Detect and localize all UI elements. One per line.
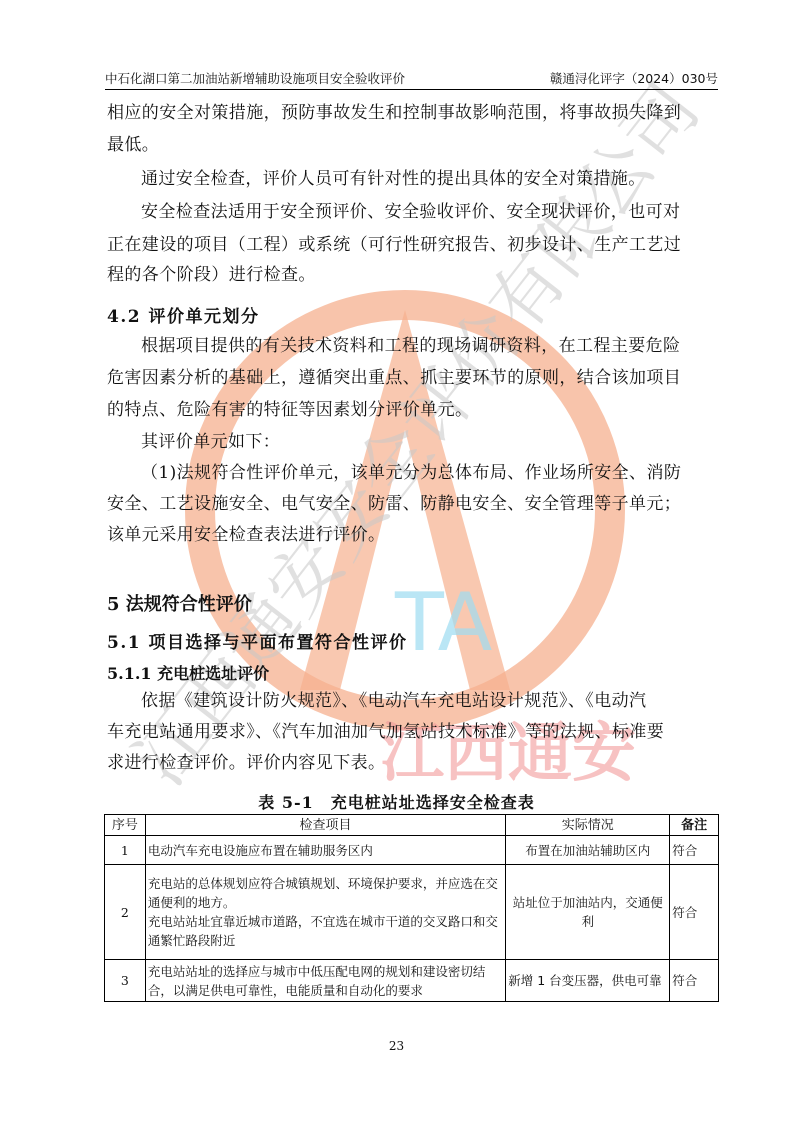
cell-item: 充电站的总体规划应符合城镇规划、环境保护要求，并应选在交通便利的地方。 充电站站…	[145, 865, 505, 960]
paragraph-line: 根据项目提供的有关技术资料和工程的现场调研资料，在工程主要危险	[107, 336, 719, 356]
chapter-heading-5: 5 法规符合性评价	[107, 590, 252, 616]
cell-actual: 布置在加油站辅助区内	[506, 836, 670, 865]
running-header: 中石化湖口第二加油站新增辅助设施项目安全验收评价 赣通浔化评字（2024）030…	[105, 68, 718, 90]
cell-note: 符合	[670, 865, 719, 960]
paragraph-line: （1)法规符合性评价单元，该单元分为总体布局、作业场所安全、消防	[107, 463, 719, 483]
svg-text:TA: TA	[394, 576, 493, 669]
paragraph-line: 危害因素分析的基础上，遵循突出重点、抓主要环节的原则，结合该加项目	[107, 368, 719, 388]
table-caption: 表 5-1 充电桩站址选择安全检查表	[0, 790, 793, 813]
paragraph-line: 的特点、危险有害的特征等因素划分评价单元。	[107, 400, 719, 420]
paragraph-line: 依据《建筑设计防火规范》、《电动汽车充电站设计规范》、《电动汽	[107, 691, 719, 711]
paragraph-line: 程的各个阶段）进行检查。	[107, 265, 719, 285]
col-header-actual: 实际情况	[506, 815, 670, 836]
table-row: 2 充电站的总体规划应符合城镇规划、环境保护要求，并应选在交通便利的地方。 充电…	[105, 865, 719, 960]
paragraph-line: 相应的安全对策措施，预防事故发生和控制事故影响范围，将事故损失降到	[107, 103, 719, 123]
cell-actual: 新增 1 台变压器，供电可靠	[506, 960, 670, 1002]
page-number: 23	[0, 1039, 793, 1053]
paragraph-line: 求进行检查评价。评价内容见下表。	[107, 753, 719, 773]
cell-no: 1	[105, 836, 146, 865]
cell-item: 电动汽车充电设施应布置在辅助服务区内	[145, 836, 505, 865]
header-project-title: 中石化湖口第二加油站新增辅助设施项目安全验收评价	[105, 70, 405, 88]
col-header-item: 检查项目	[145, 815, 505, 836]
cell-no: 2	[105, 865, 146, 960]
cell-note: 符合	[670, 836, 719, 865]
subsection-heading-5-1-1: 5.1.1 充电桩选址评价	[107, 661, 269, 684]
paragraph-line: 最低。	[107, 135, 719, 155]
col-header-note: 备注	[670, 815, 719, 836]
paragraph-line: 安全检查法适用于安全预评价、安全验收评价、安全现状评价，也可对	[107, 202, 719, 222]
check-table: 序号 检查项目 实际情况 备注 1 电动汽车充电设施应布置在辅助服务区内 布置在…	[104, 814, 719, 1002]
cell-item-line: 充电站站址宜靠近城市道路，不宜选在城市干道的交叉路口和交通繁忙路段附近	[148, 912, 503, 950]
cell-note: 符合	[670, 960, 719, 1002]
section-heading-4-2: 4.2 评价单元划分	[107, 302, 260, 327]
paragraph-line: 该单元采用安全检查表法进行评价。	[107, 525, 719, 545]
document-page: TA 江西通安 江西通安安全评价有限公司 中石化湖口第二加油站新增辅助设施项目安…	[0, 0, 793, 1122]
table-row: 3 充电站站址的选择应与城市中低压配电网的规划和建设密切结合，以满足供电可靠性，…	[105, 960, 719, 1002]
paragraph: 其评价单元如下：	[107, 432, 719, 452]
paragraph: 通过安全检查，评价人员可有针对性的提出具体的安全对策措施。	[107, 169, 719, 189]
paragraph-line: 安全、工艺设施安全、电气安全、防雷、防静电安全、安全管理等子单元；	[107, 494, 719, 514]
col-header-no: 序号	[105, 815, 146, 836]
cell-item: 充电站站址的选择应与城市中低压配电网的规划和建设密切结合，以满足供电可靠性，电能…	[145, 960, 505, 1002]
cell-no: 3	[105, 960, 146, 1002]
cell-item-line: 充电站的总体规划应符合城镇规划、环境保护要求，并应选在交通便利的地方。	[148, 874, 503, 912]
paragraph-line: 正在建设的项目（工程）或系统（可行性研究报告、初步设计、生产工艺过	[107, 235, 719, 255]
paragraph-line: 车充电站通用要求》、《汽车加油加气加氢站技术标准》等的法规、标准要	[107, 722, 719, 742]
section-heading-5-1: 5.1 项目选择与平面布置符合性评价	[107, 628, 408, 653]
cell-actual: 站址位于加油站内，交通便利	[506, 865, 670, 960]
header-doc-number: 赣通浔化评字（2024）030号	[550, 70, 718, 88]
table-header-row: 序号 检查项目 实际情况 备注	[105, 815, 719, 836]
table-row: 1 电动汽车充电设施应布置在辅助服务区内 布置在加油站辅助区内 符合	[105, 836, 719, 865]
